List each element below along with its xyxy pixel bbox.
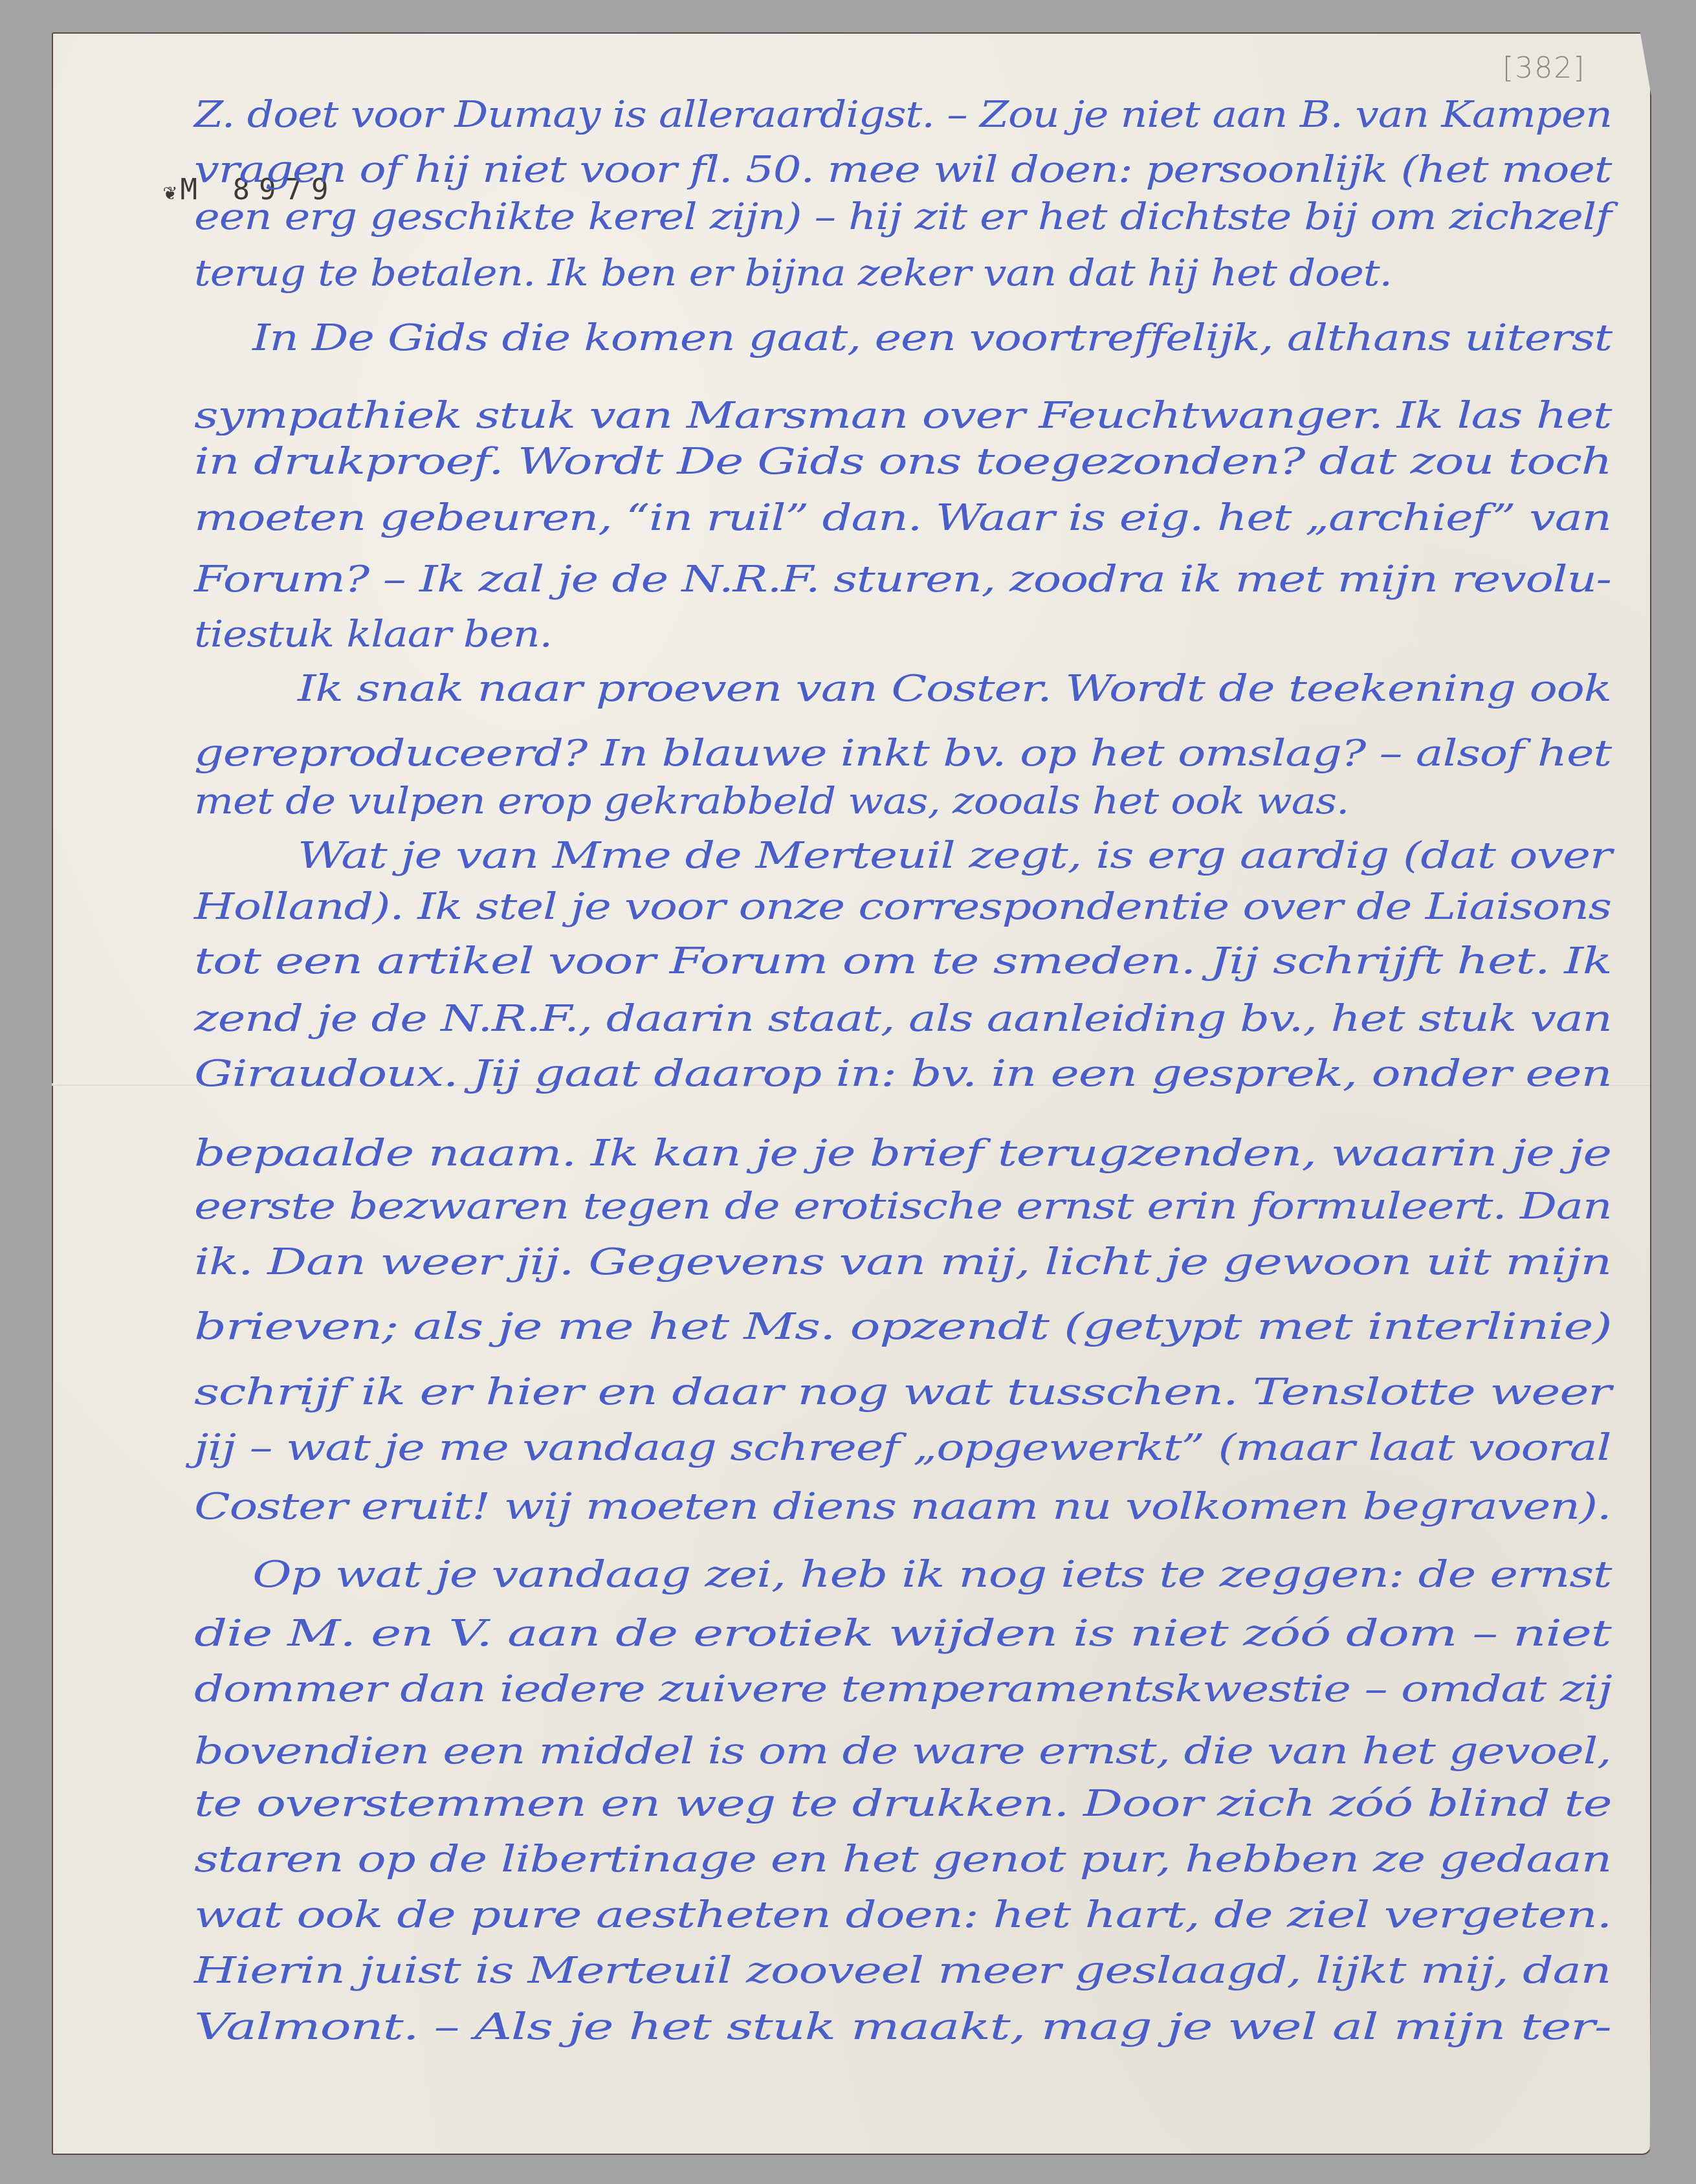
text-line: een erg geschikte kerel zijn) – hij zit …: [194, 199, 1611, 236]
text-line: Holland). Ik stel je voor onze correspon…: [194, 889, 1611, 925]
text-line: terug te betalen. Ik ben er bijna zeker …: [194, 256, 1392, 292]
text-line: dommer dan iedere zuivere temperamentskw…: [194, 1671, 1612, 1708]
text-line: wat ook de pure aestheten doen: het hart…: [194, 1897, 1611, 1934]
text-line: Ik snak naar proeven van Coster. Wordt d…: [298, 671, 1611, 707]
text-line: jij – wat je me vandaag schreef „opgewer…: [194, 1430, 1611, 1466]
text-line: eerste bezwaren tegen de erotische ernst…: [194, 1189, 1611, 1225]
archive-number: [382]: [1503, 52, 1585, 85]
text-line: Forum? – Ik zal je de N.R.F. sturen, zoo…: [194, 562, 1611, 598]
text-line: in drukproef. Wordt De Gids ons toegezon…: [194, 444, 1611, 480]
text-line: te overstemmen en weg te drukken. Door z…: [194, 1786, 1611, 1822]
text-line: Giraudoux. Jij gaat daarop in: bv. in ee…: [194, 1056, 1611, 1092]
lion-crest-icon: ❦: [163, 179, 176, 205]
text-line: bepaalde naam. Ik kan je je brief terugz…: [194, 1136, 1611, 1172]
text-line: gereproduceerd? In blauwe inkt bv. op he…: [194, 736, 1611, 772]
text-line: vragen of hij niet voor fl. 50. mee wil …: [194, 152, 1611, 188]
text-line: Coster eruit! wij moeten diens naam nu v…: [194, 1489, 1611, 1525]
text-line: Op wat je vandaag zei, heb ik nog iets t…: [252, 1557, 1611, 1593]
text-line: brieven; als je me het Ms. opzendt (gety…: [194, 1309, 1611, 1345]
text-line: ik. Dan weer jij. Gegevens van mij, lich…: [194, 1244, 1611, 1281]
text-line: tot een artikel voor Forum om te smeden.…: [194, 943, 1611, 980]
text-line: tiestuk klaar ben.: [194, 617, 552, 653]
text-line: Valmont. – Als je het stuk maakt, mag je…: [194, 2009, 1611, 2046]
text-line: Wat je van Mme de Merteuil zegt, is erg …: [298, 838, 1611, 874]
text-line: die M. en V. aan de erotiek wijden is ni…: [194, 1616, 1611, 1652]
text-line: moeten gebeuren, “in ruil” dan. Waar is …: [194, 500, 1611, 536]
text-line: schrijf ik er hier en daar nog wat tussc…: [194, 1374, 1611, 1411]
text-line: staren op de libertinage en het genot pu…: [194, 1842, 1611, 1878]
text-line: bovendien een middel is om de ware ernst…: [194, 1734, 1611, 1770]
text-line: sympathiek stuk van Marsman over Feuchtw…: [194, 398, 1611, 434]
text-line: In De Gids die komen gaat, een voortreff…: [252, 320, 1612, 357]
text-line: Z. doet voor Dumay is alleraardigst. – Z…: [194, 97, 1612, 133]
text-line: zend je de N.R.F., daarin staat, als aan…: [194, 1001, 1612, 1037]
text-line: Hierin juist is Merteuil zooveel meer ge…: [194, 1953, 1611, 1989]
text-line: met de vulpen erop gekrabbeld was, zooal…: [194, 784, 1349, 820]
